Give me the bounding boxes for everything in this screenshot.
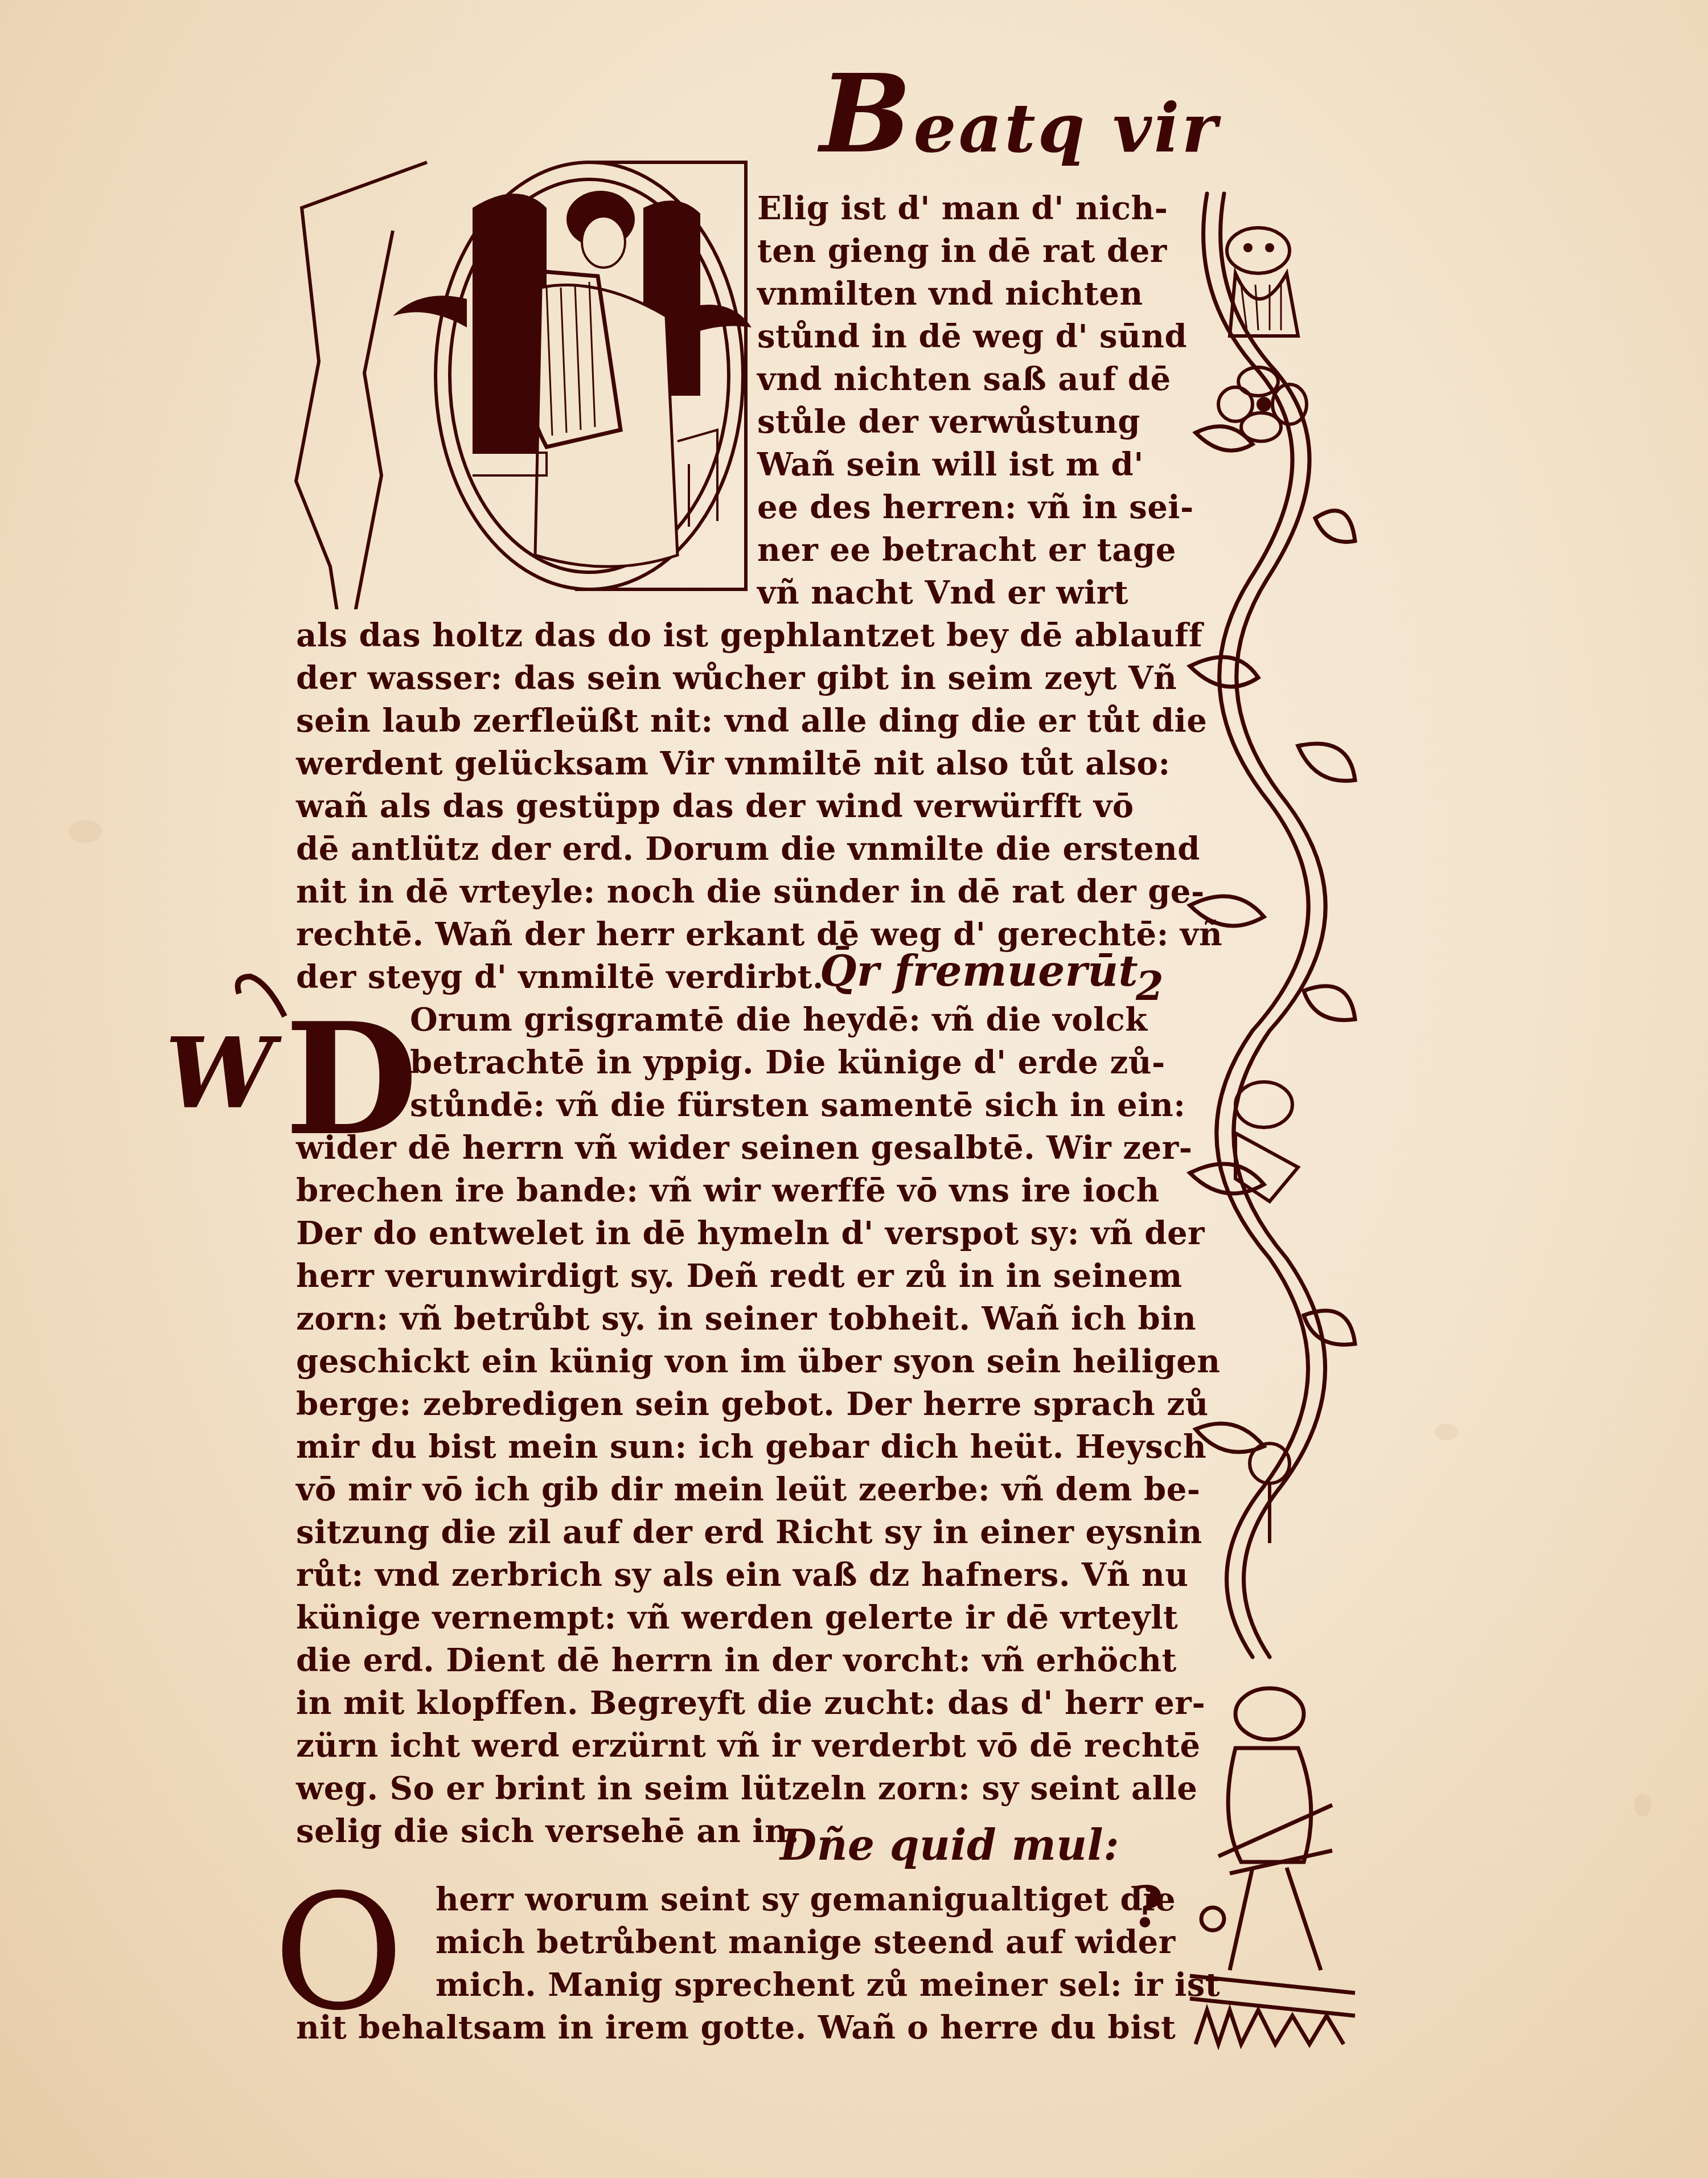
text-line: der wasser: das sein wůcher gibt in seim… bbox=[296, 658, 1177, 699]
paper-stain bbox=[68, 820, 102, 843]
illuminated-initial-b-harpist-icon bbox=[279, 157, 752, 609]
text-line: Elig ist d' man d' nich- bbox=[757, 188, 1168, 229]
text-line: stůnd in dē weg d' sūnd bbox=[757, 316, 1187, 357]
grass-ground-icon bbox=[1190, 1976, 1355, 2044]
text-line: mir du bist mein sun: ich gebar dich heü… bbox=[296, 1426, 1206, 1467]
text-line: nit behaltsam in irem gotte. Wañ o herre… bbox=[296, 2007, 1176, 2048]
psalm-2-rubric: Q̄r fremuerūt bbox=[820, 951, 1138, 992]
text-line: mich. Manig sprechent zů meiner sel: ir … bbox=[436, 1964, 1220, 2005]
text-line: ee des herren: vñ in sei- bbox=[757, 487, 1194, 528]
text-line: zorn: vñ betrůbt sy. in seiner tobheit. … bbox=[296, 1298, 1196, 1339]
text-line: die erd. Dient dē herrn in der vorcht: v… bbox=[296, 1640, 1177, 1681]
flourish-hook-icon bbox=[233, 971, 290, 1022]
text-line: ner ee betracht er tage bbox=[757, 530, 1176, 571]
running-head: Beatq vir bbox=[820, 57, 1220, 171]
text-line: ten gieng in dē rat der bbox=[757, 231, 1167, 272]
text-line: weg. So er brint in seim lützeln zorn: s… bbox=[296, 1768, 1197, 1809]
text-line: vō mir vō ich gib dir mein leüt zeerbe: … bbox=[296, 1469, 1201, 1510]
text-line: brechen ire bande: vñ wir werffē vō vns … bbox=[296, 1170, 1160, 1211]
text-line: stůle der verwůstung bbox=[757, 401, 1140, 442]
text-line: sitzung die zil auf der erd Richt sy in … bbox=[296, 1512, 1202, 1553]
text-line: vnd nichten saß auf dē bbox=[757, 359, 1171, 400]
text-line: geschickt ein künig von im über syon sei… bbox=[296, 1341, 1221, 1382]
text-line: růt: vnd zerbrich sy als ein vaß dz hafn… bbox=[296, 1554, 1188, 1595]
woodcut-border bbox=[1184, 177, 1361, 2050]
text-line: Wañ sein will ist m d' bbox=[757, 444, 1144, 485]
text-line: dē antlütz der erd. Dorum die vnmilte di… bbox=[296, 828, 1200, 869]
paper-stain bbox=[1634, 1794, 1651, 1816]
text-line: wider dē herrn vñ wider seinen gesalbtē.… bbox=[296, 1127, 1192, 1168]
text-line: vñ nacht Vnd er wirt bbox=[757, 572, 1128, 613]
text-line: Der do entwelet in dē hymeln d' verspot … bbox=[296, 1213, 1205, 1254]
psalm-3-rubric: Dñe quid mul: bbox=[780, 1825, 1119, 1866]
owl-icon bbox=[1227, 228, 1298, 336]
text-line: vnmilten vnd nichten bbox=[757, 273, 1143, 314]
text-line: nit in dē vrteyle: noch die sünder in dē… bbox=[296, 871, 1205, 912]
running-head-initial: B bbox=[820, 50, 914, 177]
text-line: wañ als das gestüpp das der wind verwürf… bbox=[296, 786, 1134, 827]
text-line: in mit klopffen. Begreyft die zucht: das… bbox=[296, 1683, 1205, 1724]
paper-stain bbox=[1435, 1424, 1457, 1441]
text-line: mich betrůbent manige steend auf wider bbox=[436, 1922, 1176, 1963]
text-line: werdent gelücksam Vir vnmiltē nit also t… bbox=[296, 743, 1171, 784]
text-line: zürn icht werd erzürnt vñ ir verderbt vō… bbox=[296, 1725, 1201, 1766]
text-line: betrachtē in yppig. Die künige d' erde z… bbox=[410, 1042, 1165, 1083]
text-line: künige vernempt: vñ werden gelerte ir dē… bbox=[296, 1597, 1178, 1638]
end-mark: ? bbox=[1130, 1873, 1164, 1941]
text-line: als das holtz das do ist gephlantzet bey… bbox=[296, 615, 1202, 656]
marginal-lead-letter: W bbox=[165, 1025, 274, 1122]
text-line: stůndē: vñ die fürsten samentē sich in e… bbox=[410, 1085, 1185, 1126]
running-head-text: eatq vir bbox=[914, 88, 1220, 167]
text-line: Orum grisgramtē die heydē: vñ die volck bbox=[410, 999, 1148, 1040]
text-line: sein laub zerfleüßt nit: vnd alle ding d… bbox=[296, 700, 1208, 741]
text-line: herr verunwirdigt sy. Deñ redt er zů in … bbox=[296, 1256, 1183, 1297]
text-line: selig die sich versehē an in. bbox=[296, 1811, 799, 1852]
standing-man-icon bbox=[1201, 1688, 1332, 1970]
text-line: herr worum seint sy gemanigualtiget die bbox=[436, 1879, 1176, 1920]
text-line: berge: zebredigen sein gebot. Der herre … bbox=[296, 1384, 1209, 1425]
